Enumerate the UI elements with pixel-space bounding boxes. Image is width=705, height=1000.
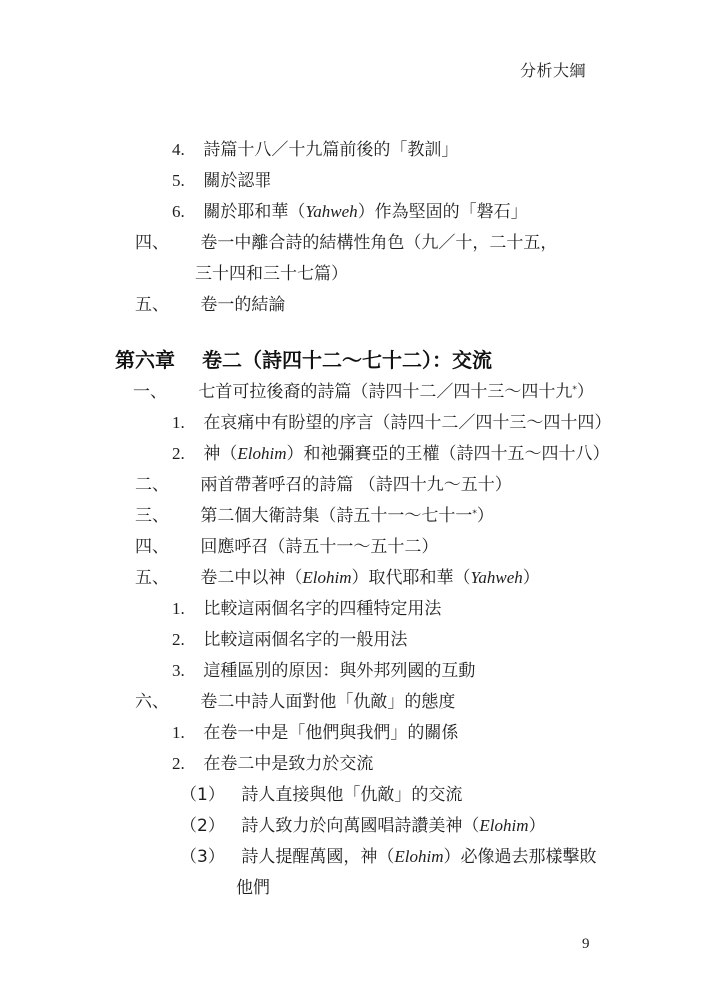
- item-text: 在哀痛中有盼望的序言（詩四十二／四十三～四十四）: [203, 413, 611, 433]
- item-text: 詩篇十八／十九篇前後的「教訓」: [203, 140, 458, 160]
- item-text: 在卷一中是「他們與我們」的關係: [203, 723, 458, 743]
- subitem-marker: （1）: [180, 783, 236, 807]
- item-marker: 4.: [172, 138, 198, 162]
- section-marker: 五、: [135, 566, 195, 590]
- item-marker: 2.: [172, 752, 198, 776]
- chapter-item-five-2: 2. 比較這兩個名字的一般用法: [172, 628, 407, 652]
- item-text-latin: Elohim: [237, 444, 286, 463]
- chapter-item-one-1: 1. 在哀痛中有盼望的序言（詩四十二／四十三～四十四）: [172, 411, 611, 435]
- document-page: 分析大綱 4. 詩篇十八／十九篇前後的「教訓」 5. 關於認罪 6. 關於耶和華…: [0, 0, 705, 1000]
- section-marker: 四、: [135, 535, 195, 559]
- section-marker: 五、: [135, 293, 195, 317]
- item-marker: 6.: [172, 200, 198, 224]
- item-text: 這種區別的原因：與外邦列國的互動: [203, 661, 475, 681]
- section-text: 兩首帶著呼召的詩篇 （詩四十九～五十）: [200, 475, 511, 495]
- subitem-text: ）必像過去那樣擊敗: [444, 847, 597, 867]
- item-text: 關於認罪: [203, 171, 271, 191]
- item-marker: 1.: [172, 721, 198, 745]
- chapter-label: 第六章: [115, 347, 195, 373]
- section-text: ）取代耶和華（: [352, 568, 471, 588]
- item-marker: 3.: [172, 659, 198, 683]
- chapter-subitem-six-2-2: （2） 詩人致力於向萬國唱詩讚美神（Elohim）: [180, 814, 546, 838]
- item-marker: 2.: [172, 628, 198, 652]
- section-text: 卷二中詩人面對他「仇敵」的態度: [200, 692, 455, 712]
- chapter-item-five-3: 3. 這種區別的原因：與外邦列國的互動: [172, 659, 475, 683]
- subitem-text: ）: [529, 816, 546, 836]
- item-marker: 5.: [172, 169, 198, 193]
- section-text: 第二個大衛詩集（詩五十一～七十一: [200, 506, 472, 526]
- subitem-text-latin: Elohim: [394, 847, 443, 866]
- section-marker: 一、: [133, 380, 193, 404]
- chapter-item-six-2: 2. 在卷二中是致力於交流: [172, 752, 373, 776]
- section-text: ）: [523, 568, 540, 588]
- chapter-title: 卷二（詩四十二～七十二）：交流: [202, 348, 492, 372]
- item-text: 在卷二中是致力於交流: [203, 754, 373, 774]
- subitem-marker: （3）: [180, 845, 236, 869]
- item-text: 關於耶和華（: [203, 202, 305, 222]
- chapter-section-six: 六、 卷二中詩人面對他「仇敵」的態度: [135, 690, 455, 714]
- chapter-subitem-six-2-3: （3） 詩人提醒萬國，神（Elohim）必像過去那樣擊敗: [180, 845, 597, 869]
- item-text: ）作為堅固的「磐石」: [358, 202, 528, 222]
- chapter-subitem-six-2-3-cont: 他們: [236, 876, 270, 900]
- section-marker: 二、: [135, 473, 195, 497]
- section-text-tail: ）: [477, 506, 494, 526]
- section-marker: 六、: [135, 690, 195, 714]
- section-marker: 四、: [135, 231, 195, 255]
- subitem-marker: （2）: [180, 814, 236, 838]
- chapter-section-five: 五、 卷二中以神（Elohim）取代耶和華（Yahweh）: [135, 566, 540, 590]
- asterisk-note: *: [572, 385, 577, 395]
- subitem-text: 他們: [236, 878, 270, 898]
- chapter-section-one: 一、 七首可拉後裔的詩篇（詩四十二／四十三～四十九*）: [133, 380, 594, 404]
- section-text: 三十四和三十七篇）: [195, 264, 348, 284]
- section-text: 卷一的結論: [200, 295, 285, 315]
- section-text: 卷一中離合詩的結構性角色（九／十，二十五，: [200, 233, 557, 253]
- chapter-item-one-2: 2. 神（Elohim）和祂彌賽亞的王權（詩四十五～四十八）: [172, 442, 610, 466]
- outline-item-4: 4. 詩篇十八／十九篇前後的「教訓」: [172, 138, 458, 162]
- section-text-latin: Yahweh: [471, 568, 523, 587]
- chapter-item-six-1: 1. 在卷一中是「他們與我們」的關係: [172, 721, 458, 745]
- outline-section-four-cont: 三十四和三十七篇）: [195, 262, 348, 286]
- running-head: 分析大綱: [520, 58, 586, 81]
- outline-section-five: 五、 卷一的結論: [135, 293, 285, 317]
- page-number: 9: [582, 936, 590, 953]
- section-text: 卷二中以神（: [200, 568, 302, 588]
- chapter-section-two: 二、 兩首帶著呼召的詩篇 （詩四十九～五十）: [135, 473, 512, 497]
- outline-item-5: 5. 關於認罪: [172, 169, 271, 193]
- outline-section-four: 四、 卷一中離合詩的結構性角色（九／十，二十五，: [135, 231, 557, 255]
- subitem-text: 詩人直接與他「仇敵」的交流: [241, 785, 462, 805]
- chapter-section-three: 三、 第二個大衛詩集（詩五十一～七十一*）: [135, 504, 494, 528]
- item-text: ）和祂彌賽亞的王權（詩四十五～四十八）: [287, 444, 610, 464]
- section-text: 回應呼召（詩五十一～五十二）: [200, 537, 438, 557]
- item-marker: 1.: [172, 411, 198, 435]
- item-text-latin: Yahweh: [305, 202, 357, 221]
- item-marker: 1.: [172, 597, 198, 621]
- item-text: 神（: [203, 444, 237, 464]
- item-text: 比較這兩個名字的一般用法: [203, 630, 407, 650]
- subitem-text: 詩人提醒萬國，神（: [241, 847, 394, 867]
- section-text-latin: Elohim: [302, 568, 351, 587]
- item-marker: 2.: [172, 442, 198, 466]
- subitem-text: 詩人致力於向萬國唱詩讚美神（: [241, 816, 479, 836]
- subitem-text-latin: Elohim: [479, 816, 528, 835]
- chapter-subitem-six-2-1: （1） 詩人直接與他「仇敵」的交流: [180, 783, 462, 807]
- chapter-item-five-1: 1. 比較這兩個名字的四種特定用法: [172, 597, 441, 621]
- section-text-tail: ）: [577, 382, 594, 402]
- asterisk-note: *: [472, 509, 477, 519]
- section-text: 七首可拉後裔的詩篇（詩四十二／四十三～四十九: [198, 382, 572, 402]
- chapter-heading: 第六章 卷二（詩四十二～七十二）：交流: [115, 347, 492, 373]
- item-text: 比較這兩個名字的四種特定用法: [203, 599, 441, 619]
- section-marker: 三、: [135, 504, 195, 528]
- chapter-section-four: 四、 回應呼召（詩五十一～五十二）: [135, 535, 438, 559]
- outline-item-6: 6. 關於耶和華（Yahweh）作為堅固的「磐石」: [172, 200, 528, 224]
